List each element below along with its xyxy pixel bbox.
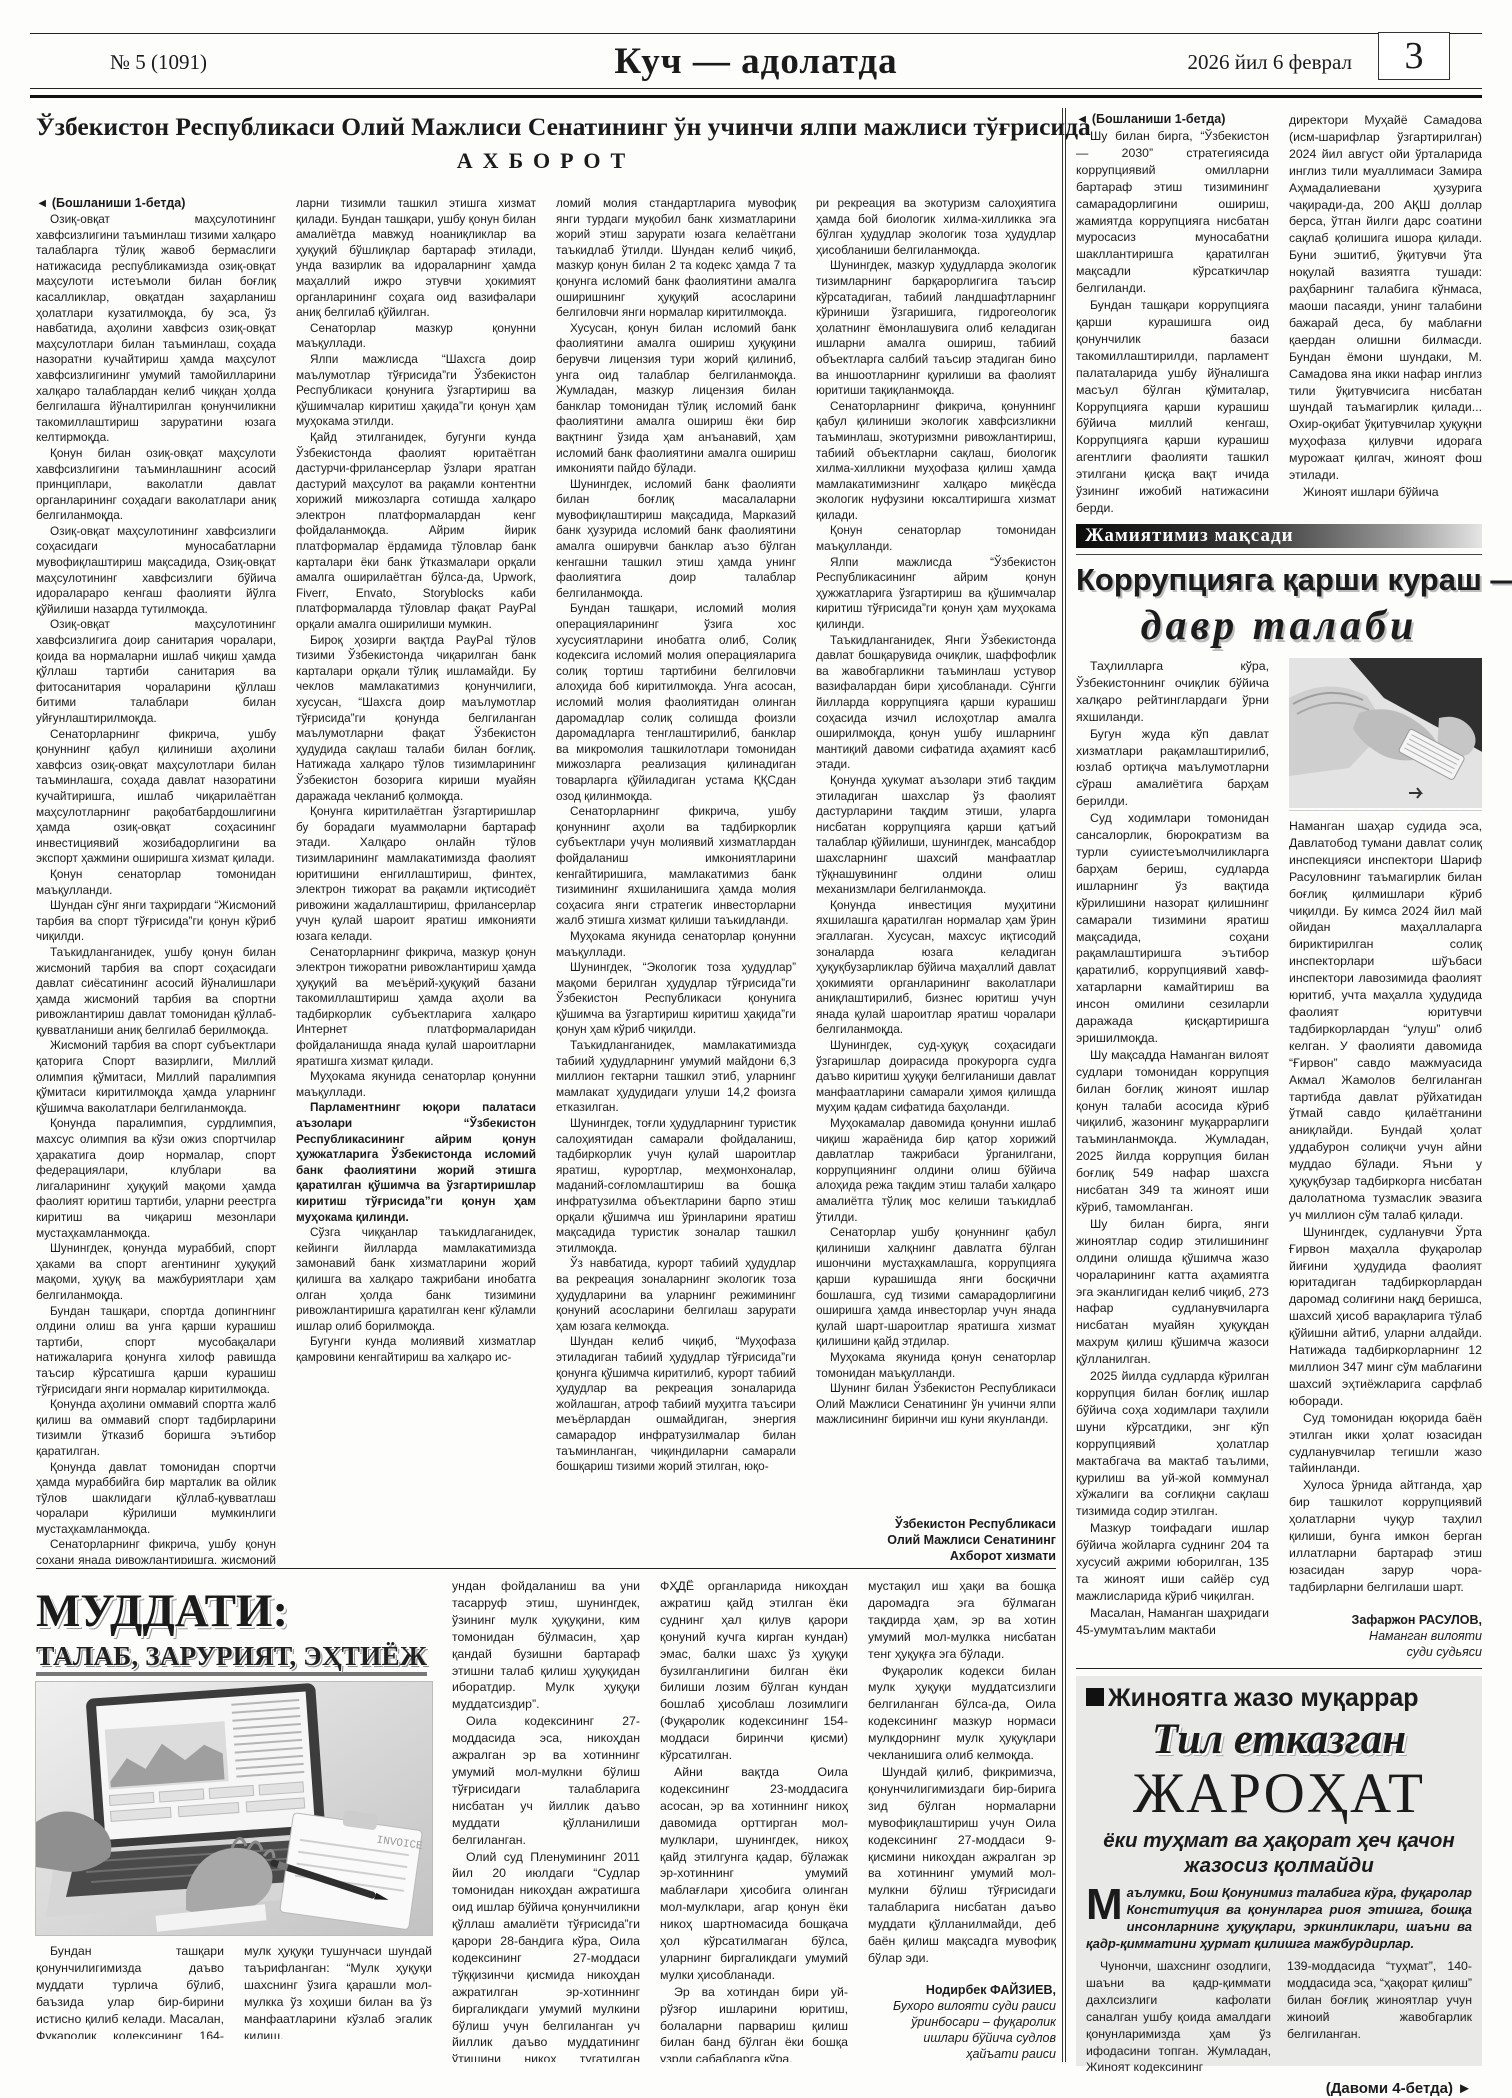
paragraph: Ялпи мажлисда “Ўзбекистон Республикасини…: [816, 555, 1056, 633]
paragraph: Таъкидланганидек, мамлакатимизда табиий …: [556, 1038, 796, 1116]
property-col-3: ундан фойдаланиш ва уни тасарруф этиш, ш…: [452, 1578, 640, 2062]
page-number: 3: [1378, 32, 1450, 80]
paragraph: Мазкур тоифадаги ишлар бўйича жойларга с…: [1076, 1520, 1269, 1605]
paragraph: Сенаторлар мазкур қонунни маъқуллади.: [296, 321, 536, 352]
paragraph: Қонунда паралимпия, сурдлимпия, махсус о…: [36, 1116, 276, 1241]
corruption-headline-line1: Коррупцияга қарши кураш —: [1076, 562, 1482, 598]
property-col-1-text: Бундан ташқари қонунчилигимизда даъво му…: [36, 1943, 224, 2039]
continuation-marker: ◄ (Бошланиши 1-бетда): [1076, 112, 1269, 126]
property-headline-line1: МУДДАТИ:: [36, 1586, 432, 1636]
paragraph: Бугунги кунда молиявий хизматлар қамрови…: [296, 1334, 536, 1365]
paragraph: 2025 йилда судларда кўрилган коррупция б…: [1076, 1368, 1269, 1520]
corruption-top-col-2: директори Муҳайё Самадова (исм-шарифлар …: [1289, 112, 1482, 520]
crime-kicker: Жиноятга жазо муқаррар: [1086, 1684, 1472, 1713]
property-col-2-text: мулк ҳуқуқи тушунчаси шундай таърифланга…: [244, 1943, 432, 2039]
paragraph: Сенаторларнинг фикрича, ушбу қонуннинг қ…: [36, 727, 276, 867]
paragraph: Ўз навбатида, курорт табиий ҳудудлар ва …: [556, 1256, 796, 1334]
paragraph: Шунингдек, тоғли ҳудудларнинг туристик с…: [556, 1116, 796, 1256]
property-term-article: МУДДАТИ: ТАЛАБ, ЗАРУРИЯТ, ЭҲТИЁЖ: [36, 1576, 1056, 2062]
crime-col-2-text: 139-моддасида “туҳмат”, 140-моддасида эс…: [1287, 1958, 1472, 2076]
crime-col-2: 139-моддасида “туҳмат”, 140-моддасида эс…: [1287, 1958, 1472, 2076]
paragraph: Сенаторларнинг фикрича, қонуннинг қабул …: [816, 399, 1056, 524]
corruption-top-col-2-text: директори Муҳайё Самадова (исм-шарифлар …: [1289, 112, 1482, 520]
top-rule: [30, 33, 1482, 34]
paragraph: Сенаторларнинг фикрича, мазкур қонун эле…: [296, 945, 536, 1070]
paragraph: Шу билан бирга, “Ўзбекистон — 2030” стра…: [1076, 128, 1269, 297]
property-columns: ундан фойдаланиш ва уни тасарруф этиш, ш…: [452, 1578, 1056, 2062]
senate-press-byline: Ўзбекистон РеспубликасиОлий Мажлиси Сена…: [816, 1510, 1056, 1564]
paragraph: Шунингдек, қонунда мураббий, спорт ҳакам…: [36, 1241, 276, 1303]
paragraph: Хусусан, қонун билан исломий банк фаолия…: [556, 321, 796, 477]
paragraph: ФҲДЁ органларида никоҳдан ажратиш қайд э…: [660, 1578, 848, 1764]
paragraph: ишлари бўйича судлов: [868, 2030, 1056, 2046]
crime-columns: Чунончи, шахснинг озодлиги, шаъни ва қад…: [1086, 1958, 1472, 2076]
crime-feature-box: Жиноятга жазо муқаррар Тил етказган ЖАРО…: [1076, 1676, 1482, 2066]
paragraph: Таъкидланганидек, ушбу қонун билан жисмо…: [36, 945, 276, 1039]
paragraph: суди судьяси: [1289, 1644, 1482, 1660]
paragraph: Таҳлилларга кўра, Ўзбекистоннинг очиқлик…: [1076, 658, 1269, 726]
square-bullet-icon: [1086, 1688, 1104, 1706]
crime-col-1: Чунончи, шахснинг озодлиги, шаъни ва қад…: [1086, 1958, 1271, 2076]
paragraph: Шунинг билан Ўзбекистон Республикаси Оли…: [816, 1381, 1056, 1428]
paragraph: ломий молия стандартларига мувофиқ янги …: [556, 196, 796, 321]
property-headline-line2: ТАЛАБ, ЗАРУРИЯТ, ЭҲТИЁЖ: [36, 1640, 427, 1676]
paragraph: Сенаторларнинг фикрича, ушбу қонуннинг а…: [556, 804, 796, 929]
corruption-top-col-1: ◄ (Бошланиши 1-бетда) Шу билан бирга, “Ў…: [1076, 112, 1269, 520]
paragraph: Парламентнинг юқори палатаси аъзолари “Ў…: [296, 1100, 536, 1225]
continuation-marker: ◄ (Бошланиши 1-бетда): [36, 196, 276, 210]
property-col-3-text: ундан фойдаланиш ва уни тасарруф этиш, ш…: [452, 1578, 640, 2062]
paragraph: Оила кодексининг 27-моддасида эса, никоҳ…: [452, 1713, 640, 1848]
paragraph: Бундан ташқари, исломий молия операцияла…: [556, 601, 796, 804]
column-2-text: ларни тизимли ташкил этишга хизмат қилад…: [296, 196, 536, 1564]
property-col-4: ФҲДЁ органларида никоҳдан ажратиш қайд э…: [660, 1578, 848, 2062]
column-4-text: ри рекреация ва экотуризм салоҳиятига ҳа…: [816, 196, 1056, 1510]
column-1: ◄ (Бошланиши 1-бетда) Озиқ-овқат маҳсуло…: [36, 196, 276, 1564]
corruption-headline-line2: давр талаби: [1076, 602, 1482, 650]
paragraph: Озиқ-овқат маҳсулотининг хавфсизлиги соҳ…: [36, 524, 276, 618]
corruption-body-col-1-text: Таҳлилларга кўра, Ўзбекистоннинг очиқлик…: [1076, 658, 1269, 1660]
column-3: ломий молия стандартларига мувофиқ янги …: [556, 196, 796, 1564]
paragraph: Бухоро вилояти суди раиси: [868, 1998, 1056, 2014]
paragraph: Наманган шаҳар судида эса, Давлатобод ту…: [1289, 818, 1482, 1224]
column-2: ларни тизимли ташкил этишга хизмат қилад…: [296, 196, 536, 1564]
crime-kicker-label: Жиноятга жазо муқаррар: [1108, 1684, 1419, 1712]
paragraph: Жиноят ишлари бўйича: [1289, 484, 1482, 501]
paragraph: Қонунга киритилаётган ўзгартиришлар бу б…: [296, 804, 536, 944]
paragraph: Қайд этилганидек, бугунги кунда Ўзбекист…: [296, 430, 536, 633]
crime-subtitle: ёки туҳмат ва ҳақорат ҳеч қачон жазосиз …: [1086, 1828, 1472, 1878]
right-section-rule: [1076, 1668, 1482, 1669]
newspaper-page: № 5 (1091) Куч — адолатда 2026 йил 6 фев…: [0, 0, 1512, 2098]
page-header: № 5 (1091) Куч — адолатда 2026 йил 6 фев…: [30, 38, 1482, 88]
paragraph: Чунончи, шахснинг озодлиги, шаъни ва қад…: [1086, 1958, 1271, 2076]
header-rule-thick: [30, 95, 1482, 98]
continued-on-page-4: (Давоми 4-бетда) ►: [1086, 2080, 1472, 2097]
paragraph: Масалан, Наманган шаҳридаги 45-умумтаъли…: [1076, 1605, 1269, 1639]
paragraph: Нодирбек ФАЙЗИЕВ,: [868, 1982, 1056, 1998]
paragraph: ларни тизимли ташкил этишга хизмат қилад…: [296, 196, 536, 321]
senate-report-article: Ўзбекистон Республикаси Олий Мажлиси Сен…: [36, 108, 1056, 174]
paragraph: Сенаторлар ушбу қонуннинг қабул қилиниши…: [816, 1225, 1056, 1350]
corruption-top-columns: ◄ (Бошланиши 1-бетда) Шу билан бирга, “Ў…: [1076, 112, 1482, 520]
paragraph: Наманган вилояти: [1289, 1628, 1482, 1644]
paragraph: 139-моддасида “туҳмат”, 140-моддасида эс…: [1287, 1958, 1472, 2043]
corruption-body-col-2: Наманган шаҳар судида эса, Давлатобод ту…: [1289, 658, 1482, 1660]
paragraph: Муҳокама якунида қонун сенаторлар томони…: [816, 1350, 1056, 1381]
paragraph: Шундан сўнг янги таҳрирдаги “Жисмоний та…: [36, 898, 276, 945]
article-headline: Ўзбекистон Республикаси Олий Мажлиси Сен…: [36, 112, 1056, 142]
banner-rule: [1076, 554, 1482, 555]
vertical-divider: [1062, 108, 1066, 2062]
paragraph: Олий суд Пленумининг 2011 йил 20 июлдаги…: [452, 1849, 640, 2063]
paragraph: Суд томонидан юқорида баён этилган икки …: [1289, 1410, 1482, 1478]
paragraph: Олий Мажлиси Сенатининг: [816, 1532, 1056, 1548]
paragraph: Муҳокамалар давомида қонунни ишлаб чиқиш…: [816, 1116, 1056, 1225]
corruption-body-columns: Таҳлилларга кўра, Ўзбекистоннинг очиқлик…: [1076, 658, 1482, 1660]
paragraph: Сўзга чиққанлар таъкидлаганидек, кейинги…: [296, 1225, 536, 1334]
property-col-4-text: ФҲДЁ органларида никоҳдан ажратиш қайд э…: [660, 1578, 848, 2062]
paragraph: ўринбосари – фуқаролик: [868, 2014, 1056, 2030]
property-minicolumns: Бундан ташқари қонунчилигимизда даъво му…: [36, 1943, 432, 2039]
article-columns: ◄ (Бошланиши 1-бетда) Озиқ-овқат маҳсуло…: [36, 196, 1056, 1564]
paragraph: Қонунда ҳукумат аъзолари этиб тақдим эти…: [816, 773, 1056, 898]
paragraph: Бундан ташқари қонунчилигимизда даъво му…: [36, 1943, 224, 2039]
paragraph: Шу билан бирга, янги жиноятлар содир эти…: [1076, 1216, 1269, 1368]
column-4: ри рекреация ва экотуризм салоҳиятига ҳа…: [816, 196, 1056, 1564]
header-rule-thin: [30, 88, 1482, 89]
rasulov-byline: Зафаржон РАСУЛОВ,Наманган вилоятисуди су…: [1289, 1606, 1482, 1660]
paragraph: мустақил иш ҳақи ва бошқа даромадга эга …: [868, 1578, 1056, 1663]
paragraph: Бундан ташқари, спортда допингнинг олдин…: [36, 1304, 276, 1398]
corruption-body-col-2-text: Наманган шаҳар судида эса, Давлатобод ту…: [1289, 818, 1482, 1606]
paragraph: Қонун сенаторлар томонидан маъқулланди.: [36, 867, 276, 898]
paragraph: Ахборот хизмати: [816, 1548, 1056, 1564]
paragraph: Озиқ-овқат маҳсулотининг хавфсизлигини т…: [36, 212, 276, 446]
crime-col-1-text: Чунончи, шахснинг озодлиги, шаъни ва қад…: [1086, 1958, 1271, 2076]
paragraph: Эр ва хотиндан бири уй-рўзғор ишларини ю…: [660, 1984, 848, 2062]
paragraph: Муҳокама якунида сенаторлар қонунни маъқ…: [296, 1069, 536, 1100]
crime-lead-paragraph: Маълумки, Бош Қонунимиз талабига кўра, ф…: [1086, 1884, 1472, 1952]
corruption-body-col-1: Таҳлилларга кўра, Ўзбекистоннинг очиқлик…: [1076, 658, 1269, 1660]
paragraph: Бироқ ҳозирги вақтда PayPal тўлов тизими…: [296, 633, 536, 805]
section-rule: [36, 1568, 1056, 1569]
property-col-5-text: мустақил иш ҳақи ва бошқа даромадга эга …: [868, 1578, 1056, 1976]
property-col-2: мулк ҳуқуқи тушунчаси шундай таърифланга…: [244, 1943, 432, 2039]
paragraph: Қонун сенаторлар томонидан маъқулланди.: [816, 523, 1056, 554]
paragraph: Ялпи мажлисда “Шахсга доир маълумотлар т…: [296, 352, 536, 430]
corruption-top-col-1-text: Шу билан бирга, “Ўзбекистон — 2030” стра…: [1076, 128, 1269, 520]
crime-title-line1: Тил етказган: [1086, 1715, 1472, 1764]
paragraph: Қонунда инвестиция муҳитини яхшилашга қа…: [816, 898, 1056, 1038]
section-banner: Жамиятимиз мақсади: [1076, 524, 1482, 548]
paragraph: директори Муҳайё Самадова (исм-шарифлар …: [1289, 112, 1482, 484]
paragraph: Қонунда давлат томонидан спортчи ҳамда м…: [36, 1460, 276, 1538]
paragraph: Ўзбекистон Республикаси: [816, 1516, 1056, 1532]
paragraph: Шу мақсадда Наманган вилоят судлари томо…: [1076, 1047, 1269, 1216]
paragraph: Жисмоний тарбия ва спорт субъектлари қат…: [36, 1038, 276, 1116]
property-col-1: Бундан ташқари қонунчилигимизда даъво му…: [36, 1943, 224, 2039]
paragraph: Таъкидланганидек, Янги Ўзбекистонда давл…: [816, 633, 1056, 773]
paragraph: Айни вақтда Оила кодексининг 23-моддасиг…: [660, 1764, 848, 1984]
paragraph: Сенаторларнинг фикрича, ушбу қонун соҳан…: [36, 1537, 276, 1564]
column-3-text: ломий молия стандартларига мувофиқ янги …: [556, 196, 796, 1564]
column-1-text: Озиқ-овқат маҳсулотининг хавфсизлигини т…: [36, 212, 276, 1564]
paragraph: Бугун жуда кўп давлат хизматлари рақамла…: [1076, 726, 1269, 811]
paragraph: Бундан ташқари коррупцияга қарши курашиш…: [1076, 297, 1269, 517]
paragraph: Қонун билан озиқ-овқат маҳсулоти хавфсиз…: [36, 446, 276, 524]
section-banner-label: Жамиятимиз мақсади: [1076, 525, 1294, 546]
paragraph: ҳайъати раиси: [868, 2046, 1056, 2062]
paragraph: Шунингдек, суд-ҳуқуқ соҳасидаги ўзгаришл…: [816, 1038, 1056, 1116]
issue-date: 2026 йил 6 феврал: [1187, 50, 1352, 75]
fayziev-byline: Нодирбек ФАЙЗИЕВ,Бухоро вилояти суди раи…: [868, 1976, 1056, 2062]
paragraph: Зафаржон РАСУЛОВ,: [1289, 1612, 1482, 1628]
paragraph: Шунингдек, исломий банк фаолияти билан б…: [556, 477, 796, 602]
bribe-photo: [1289, 658, 1482, 810]
property-col-5: мустақил иш ҳақи ва бошқа даромадга эга …: [868, 1578, 1056, 2062]
paragraph: Қонунда аҳолини оммавий спортга жалб қил…: [36, 1397, 276, 1459]
paragraph: Шунингдек, судланувчи Ўрта Ғирвон маҳалл…: [1289, 1224, 1482, 1410]
crime-title-line2: ЖАРОҲАТ: [1086, 1764, 1472, 1824]
paragraph: Шунингдек, мазкур ҳудудларда экологик ти…: [816, 258, 1056, 398]
property-article-visual-block: МУДДАТИ: ТАЛАБ, ЗАРУРИЯТ, ЭҲТИЁЖ: [36, 1576, 432, 2062]
paragraph: Шунингдек, “Экологик тоза ҳудудлар” мақо…: [556, 960, 796, 1038]
paragraph: Озиқ-овқат маҳсулотининг хавфсизлигига д…: [36, 617, 276, 726]
paragraph: Шундай қилиб, фикримизча, қонунчилигимиз…: [868, 1764, 1056, 1967]
article-kicker: АХБОРОТ: [36, 148, 1056, 174]
paragraph: Суд ходимлари томонидан сансалорлик, бюр…: [1076, 810, 1269, 1047]
paragraph: ри рекреация ва экотуризм салоҳиятига ҳа…: [816, 196, 1056, 258]
paragraph: Хулоса ўрнида айтганда, ҳар бир ташкилот…: [1289, 1477, 1482, 1595]
paragraph: Фуқаролик кодекси билан мулк ҳуқуқи мудд…: [868, 1663, 1056, 1764]
laptop-photo: INVOICE: [36, 1682, 432, 1935]
paragraph: мулк ҳуқуқи тушунчаси шундай таърифланга…: [244, 1943, 432, 2039]
paragraph: Муҳокама якунида сенаторлар қонунни маъқ…: [556, 929, 796, 960]
paragraph: ундан фойдаланиш ва уни тасарруф этиш, ш…: [452, 1578, 640, 1713]
paragraph: Шундан келиб чиқиб, “Муҳофаза этиладиган…: [556, 1334, 796, 1474]
